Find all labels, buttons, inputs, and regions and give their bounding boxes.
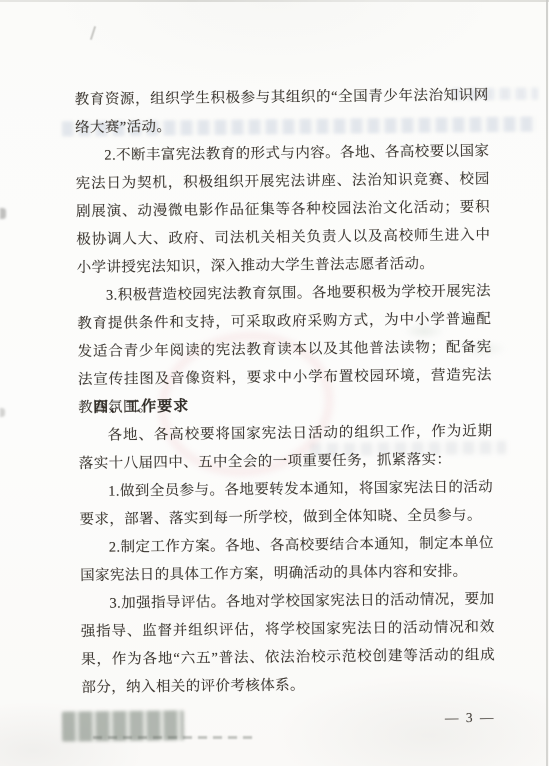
scan-right-edge xyxy=(546,0,548,766)
body-paragraph: 3.加强指导评估。各地对学校国家宪法日的活动情况，要加强指导、监督并组织评估，将… xyxy=(80,585,495,702)
body-paragraph: 3.积极营造校园宪法教育氛围。各地要积极为学校开展宪法教育提供条件和支持，可采取… xyxy=(77,277,492,394)
scan-scratch-mark xyxy=(90,26,96,40)
scan-top-edge xyxy=(0,0,549,2)
body-paragraph: 2.制定工作方案。各地、各高校要结合本通知，制定本单位国家宪法日的具体工作方案，… xyxy=(80,529,495,590)
scan-edge-speck xyxy=(0,408,5,417)
scanned-document-page: 教育资源，组织学生积极参与其组织的“全国青少年法治知识网络大赛”活动。 2.不断… xyxy=(0,0,549,766)
body-paragraph: 各地、各高校要将国家宪法日活动的组织工作，作为近期落实十八届四中、五中全会的一项… xyxy=(78,417,493,478)
document-body: 教育资源，组织学生积极参与其组织的“全国青少年法治知识网络大赛”活动。 2.不断… xyxy=(75,81,496,702)
body-paragraph: 2.不断丰富宪法教育的形式与内容。各地、各高校要以国家宪法日为契机，积极组织开展… xyxy=(75,137,491,282)
page-number: — 3 — xyxy=(444,710,495,727)
body-paragraph: 教育资源，组织学生积极参与其组织的“全国青少年法治知识网络大赛”活动。 xyxy=(75,81,490,142)
ink-bleed-through-smudge xyxy=(62,710,184,741)
ink-bleed-through-dashes xyxy=(93,736,253,739)
scan-edge-speck xyxy=(0,208,6,219)
body-paragraph: 1.做到全员参与。各地要转发本通知，将国家宪法日的活动要求，部署、落实到每一所学… xyxy=(79,473,494,534)
